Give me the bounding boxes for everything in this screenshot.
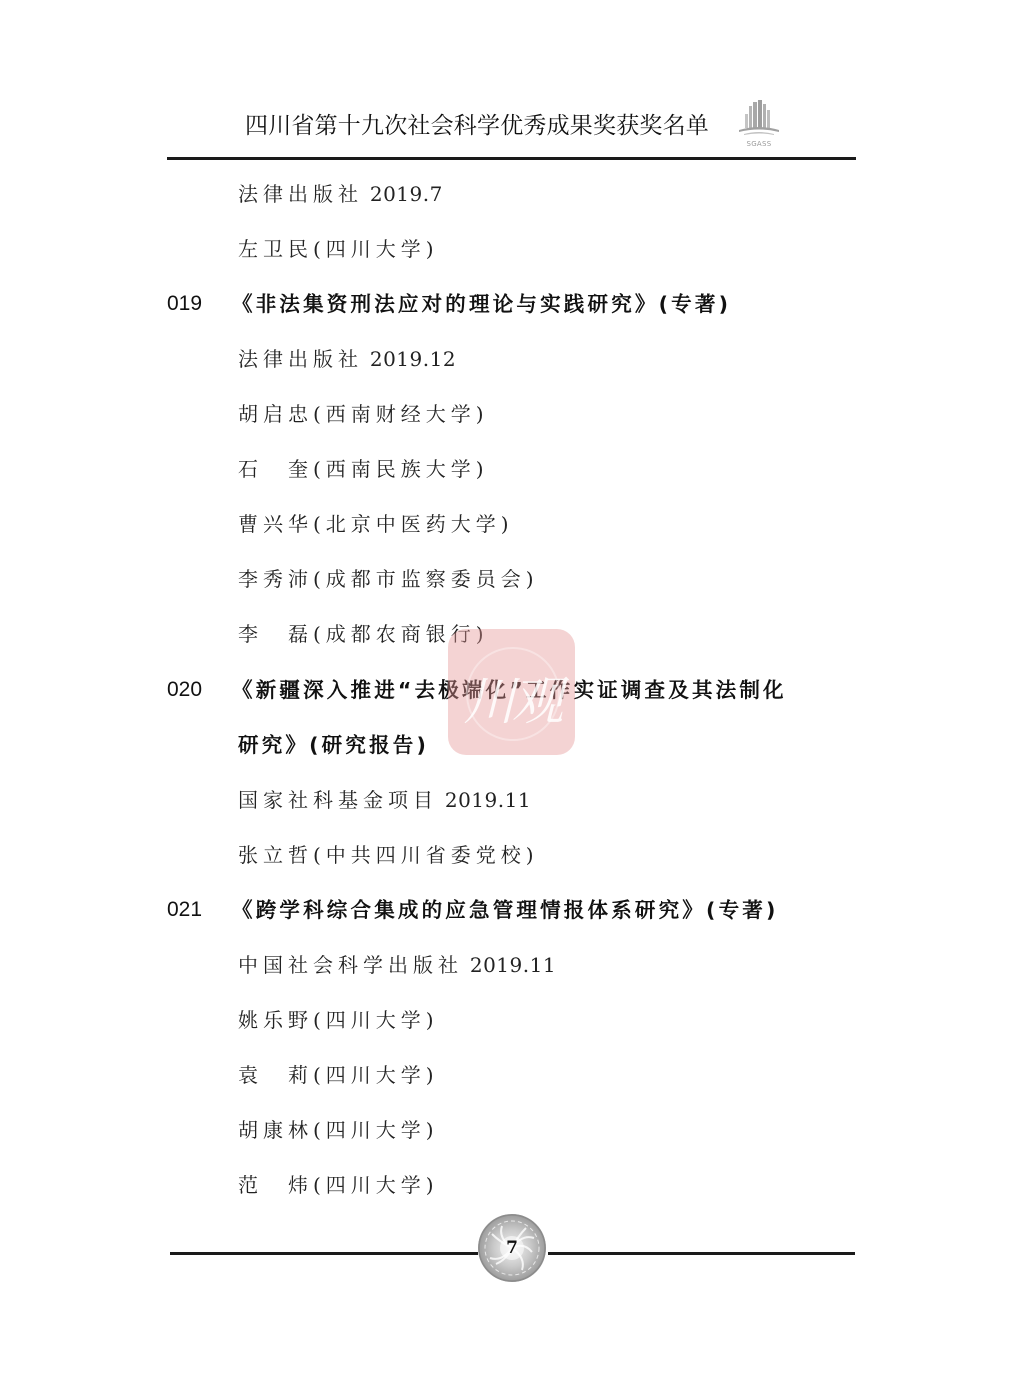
publish-date: 2019.7	[363, 182, 443, 206]
publish-date: 2019.11	[438, 788, 531, 812]
author-line: 张立哲(中共四川省委党校)	[238, 838, 539, 872]
publish-date: 2019.12	[363, 347, 456, 371]
publish-date: 2019.11	[463, 953, 556, 977]
publisher-name: 国家社科基金项目	[238, 788, 438, 812]
publisher-name: 中国社会科学出版社	[238, 953, 463, 977]
publisher-name: 法律出版社	[238, 182, 363, 206]
publisher-line: 法律出版社 2019.7	[238, 177, 443, 211]
publisher-name: 法律出版社	[238, 347, 363, 371]
entry-number: 021	[167, 893, 202, 927]
author-line: 范 炜(四川大学)	[238, 1168, 439, 1202]
footer-divider-right	[548, 1252, 855, 1255]
entry-number: 019	[167, 287, 202, 321]
page-number: 7	[476, 1212, 548, 1284]
header-divider	[167, 157, 856, 160]
author-line: 曹兴华(北京中医药大学)	[238, 507, 514, 541]
footer-divider-left	[170, 1252, 478, 1255]
author-line: 李秀沛(成都市监察委员会)	[238, 562, 539, 596]
publisher-line: 国家社科基金项目 2019.11	[238, 783, 531, 817]
entry-title: 《跨学科综合集成的应急管理情报体系研究》(专著)	[232, 893, 779, 927]
author-line: 姚乐野(四川大学)	[238, 1003, 439, 1037]
watermark: 川观	[448, 629, 575, 755]
entry-title-continuation: 研究》(研究报告)	[238, 728, 429, 762]
entry-title: 《非法集资刑法应对的理论与实践研究》(专著)	[232, 287, 731, 321]
watermark-text: 川观	[448, 659, 575, 734]
author-line: 胡启忠(西南财经大学)	[238, 397, 489, 431]
page-header-title: 四川省第十九次社会科学优秀成果奖获奖名单	[245, 111, 709, 141]
author-line: 左卫民(四川大学)	[238, 232, 439, 266]
author-line: 胡康林(四川大学)	[238, 1113, 439, 1147]
page-badge: 7	[476, 1212, 548, 1284]
sgass-building-logo-icon	[736, 100, 782, 140]
author-line: 石 奎(西南民族大学)	[238, 452, 489, 486]
author-line: 袁 莉(四川大学)	[238, 1058, 439, 1092]
logo-text: SGASS	[736, 140, 782, 148]
entry-number: 020	[167, 673, 202, 707]
publisher-line: 中国社会科学出版社 2019.11	[238, 948, 556, 982]
publisher-line: 法律出版社 2019.12	[238, 342, 456, 376]
sgass-logo: SGASS	[736, 100, 782, 152]
